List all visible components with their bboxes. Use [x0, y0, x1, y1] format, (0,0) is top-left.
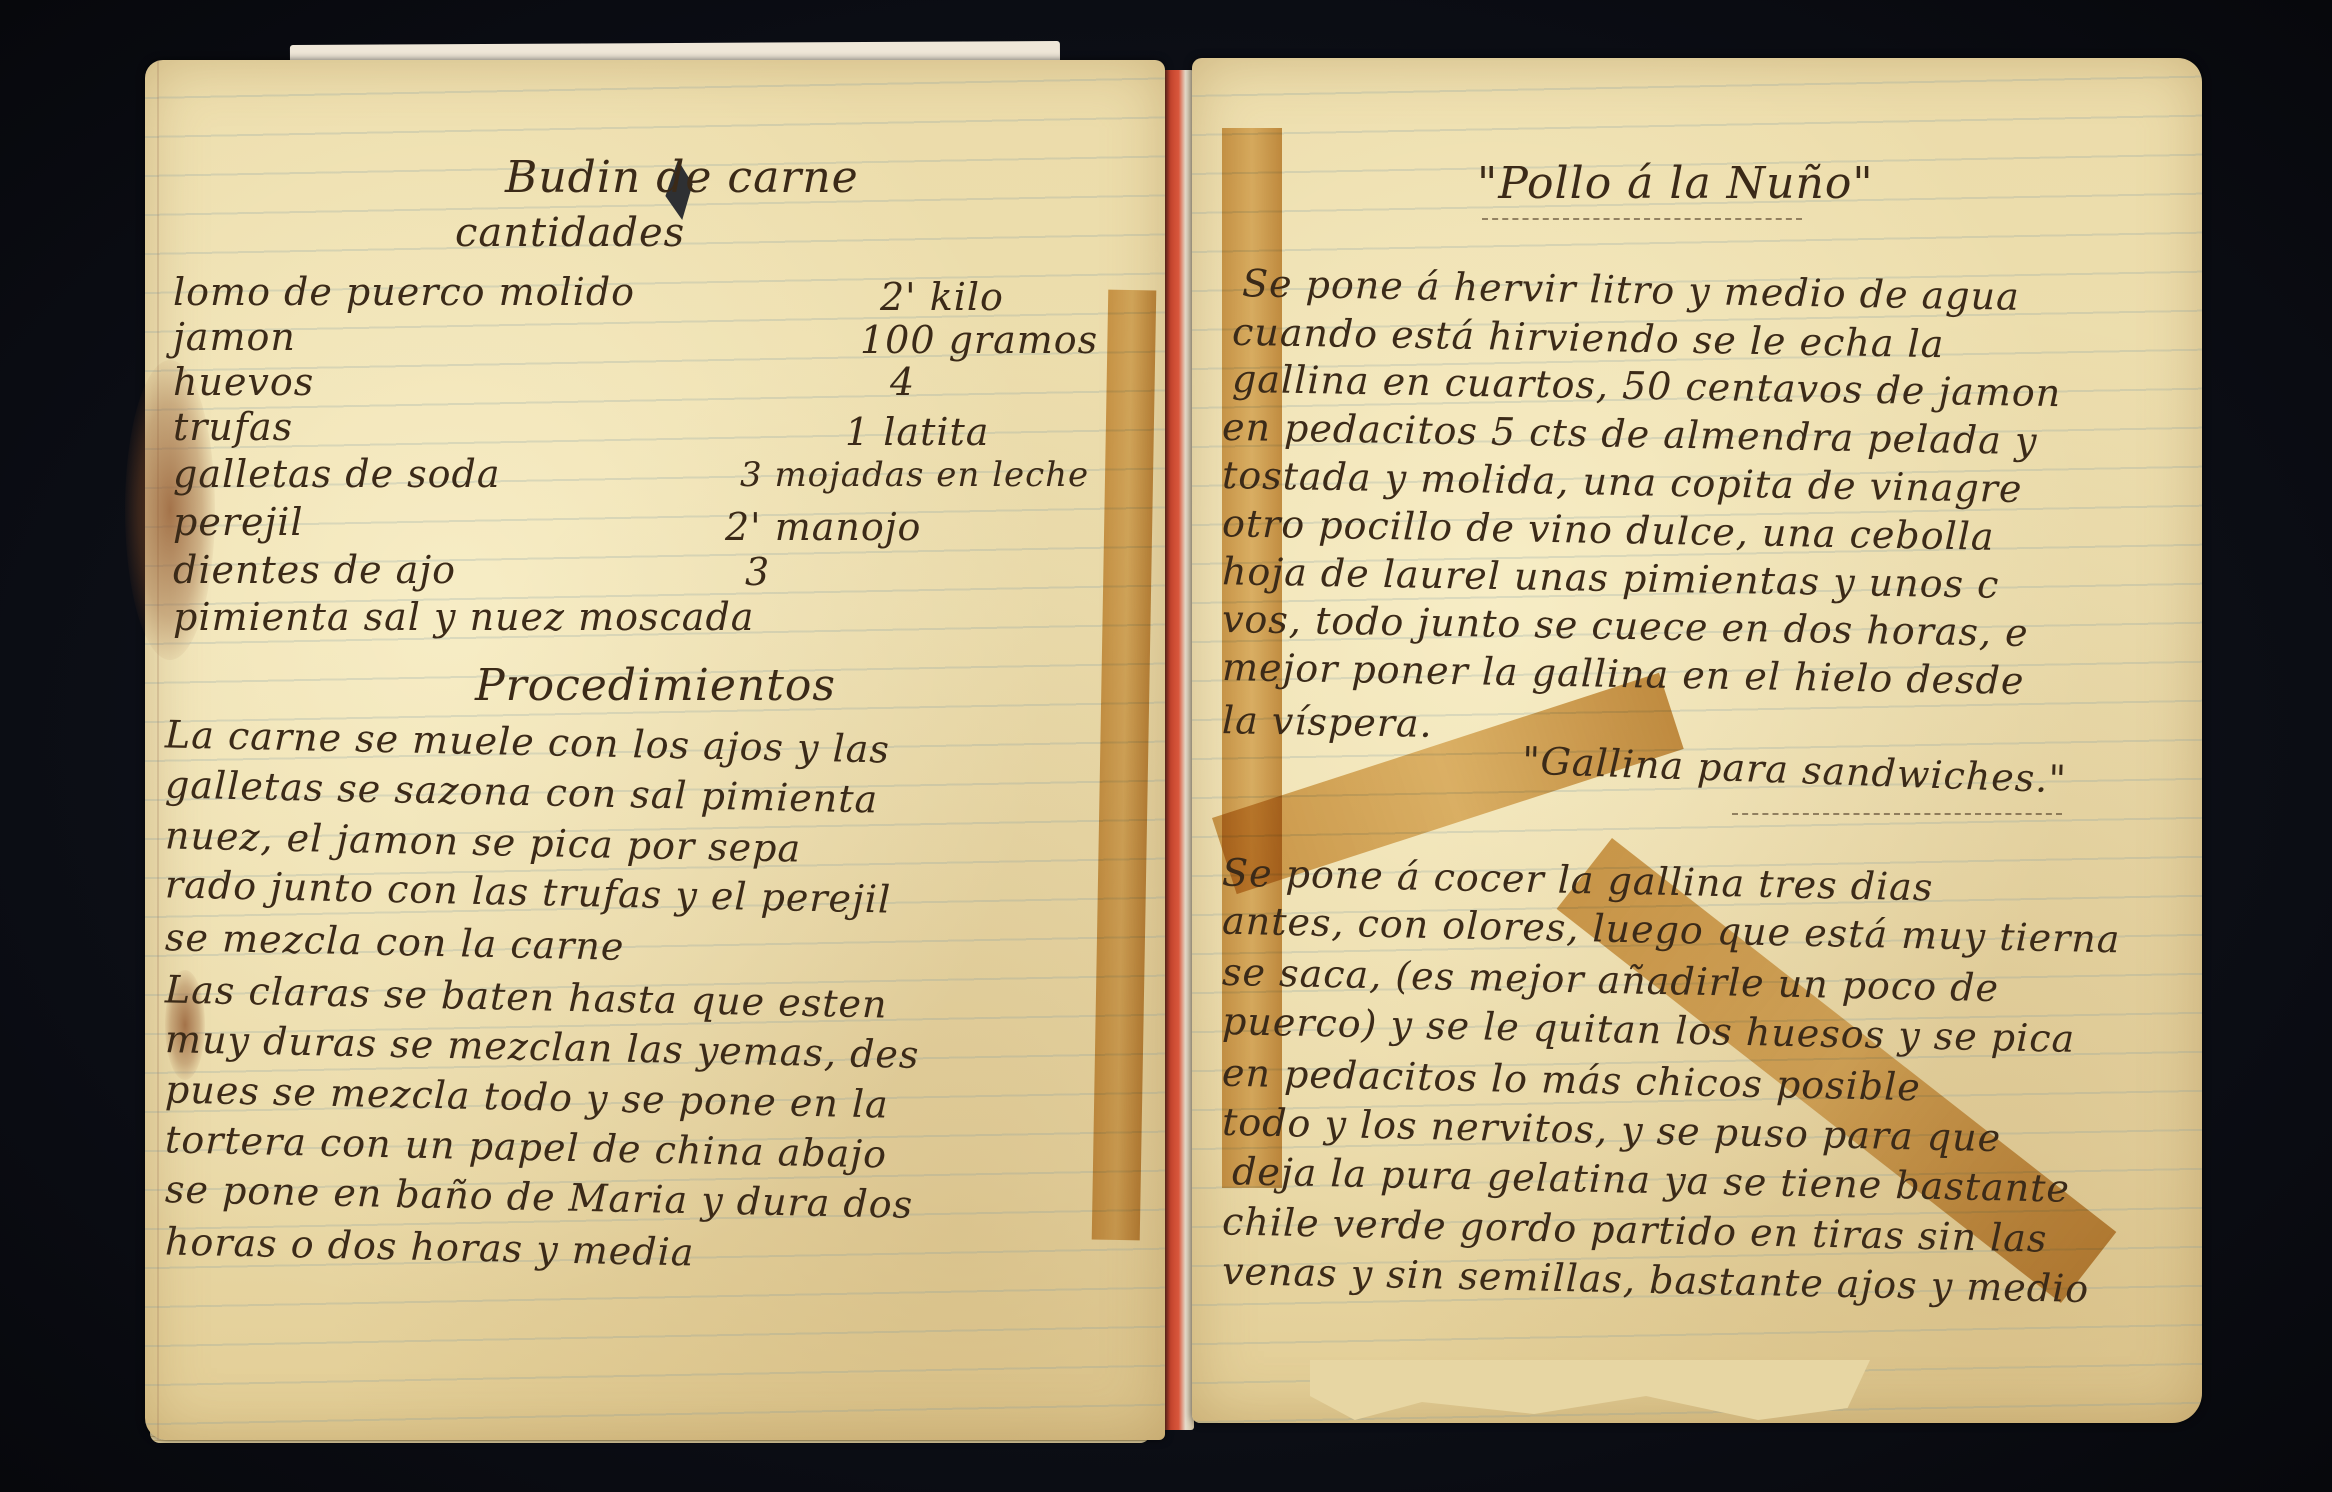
procedure-line: se mezcla con la carne — [165, 915, 625, 969]
ingredient-item: pimienta sal y nuez moscada — [173, 595, 754, 639]
tape-strip-vertical — [1092, 290, 1157, 1241]
ingredient-qty: 2' manojo — [725, 505, 921, 549]
recipe-line: la víspera. — [1222, 698, 1433, 746]
page-margin-line — [157, 60, 159, 1440]
recipe-line: Se pone á hervir litro y medio de agua — [1242, 261, 2020, 319]
procedure-line: galletas se sazona con sal pimienta — [165, 763, 879, 822]
ingredient-item: huevos — [173, 360, 314, 404]
procedure-heading: Procedimientos — [475, 660, 836, 711]
procedure-line: tortera con un papel de china abajo — [165, 1117, 888, 1176]
ingredient-item: galletas de soda — [173, 452, 501, 496]
procedure-line: se pone en baño de Maria y dura dos — [165, 1167, 914, 1227]
ingredient-item: perejil — [173, 500, 304, 544]
ingredient-item: lomo de puerco molido — [173, 270, 635, 314]
ingredient-item: trufas — [173, 405, 293, 449]
ingredient-qty: 4 — [890, 360, 915, 404]
book-spine-red-cover — [1160, 70, 1194, 1430]
ingredients-heading: cantidades — [455, 210, 685, 256]
ingredient-qty: 3 mojadas en leche — [740, 455, 1089, 495]
recipe-title: "Pollo á la Nuño" — [1477, 158, 1874, 209]
procedure-line: Las claras se baten hasta que esten — [165, 967, 888, 1026]
left-page: Budin de carne cantidades lomo de puerco… — [145, 60, 1165, 1440]
ingredient-qty: 100 gramos — [860, 318, 1098, 362]
title-underline — [1732, 813, 2062, 815]
ingredient-qty: 3 — [745, 550, 770, 594]
procedure-line: rado junto con las trufas y el perejil — [165, 862, 892, 921]
recipe-line: mejor poner la gallina en el hielo desde — [1222, 645, 2025, 703]
procedure-line: muy duras se mezclan las yemas, des — [165, 1017, 920, 1077]
recipe-2-title: "Gallina para sandwiches." — [1521, 739, 2067, 802]
recipe-title: Budin de carne — [505, 152, 859, 203]
title-underline — [1482, 218, 1802, 220]
recipe-line: tostada y molida, una copita de vinagre — [1222, 453, 2023, 511]
procedure-line: horas o dos horas y media — [165, 1219, 695, 1274]
ingredient-item: dientes de ajo — [173, 548, 456, 592]
procedure-line: nuez, el jamon se pica por sepa — [165, 813, 802, 870]
ingredient-item: jamon — [173, 315, 296, 359]
procedure-line: La carne se muele con los ajos y las — [165, 712, 891, 771]
right-page: "Pollo á la Nuño" Se pone á hervir litro… — [1192, 58, 2202, 1423]
ingredient-qty: 2' kilo — [880, 275, 1004, 319]
procedure-line: pues se mezcla todo y se pone en la — [165, 1067, 890, 1126]
ingredient-qty: 1 latita — [845, 410, 989, 454]
recipe-line: otro pocillo de vino dulce, una cebolla — [1222, 501, 1995, 558]
